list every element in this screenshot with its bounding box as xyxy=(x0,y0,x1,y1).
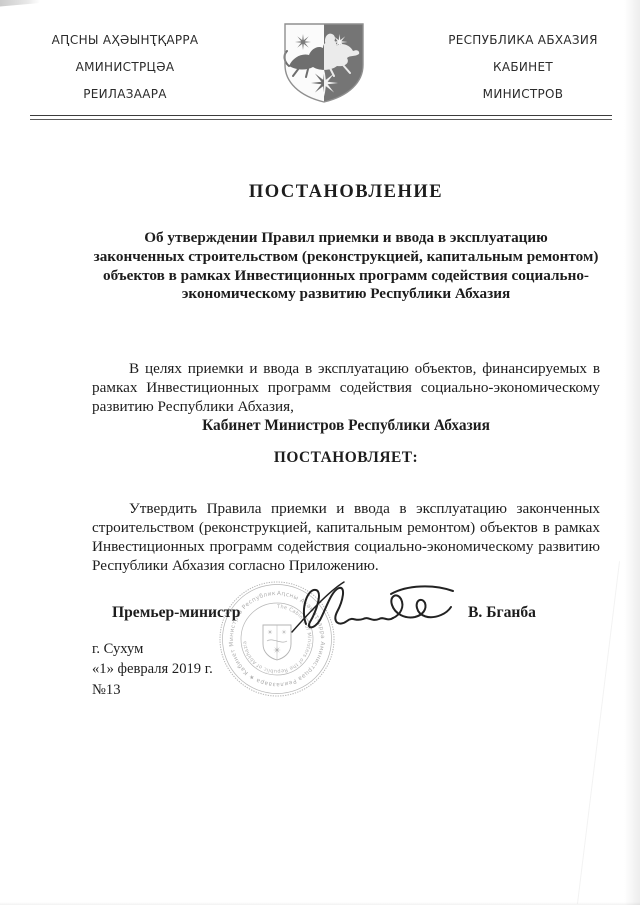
stamp-center-emblem-icon xyxy=(263,625,291,660)
resolution-paragraph: Утвердить Правила приемки и ввода в эксп… xyxy=(92,499,600,575)
signer-name: В. Бганба xyxy=(468,604,536,622)
paper-crease-artifact xyxy=(577,561,620,904)
preamble-paragraph: В целях приемки и ввода в эксплуатацию о… xyxy=(92,359,600,416)
document-subject: Об утверждении Правил приемки и ввода в … xyxy=(92,229,600,304)
decree-document-page: АԤСНЫ АҲӘЫНҬҚАРРА АМИНИСТРЦӘА РЕИЛАЗААРА xyxy=(0,0,640,905)
letterhead-abkhaz: АԤСНЫ АҲӘЫНҬҚАРРА АМИНИСТРЦӘА РЕИЛАЗААРА xyxy=(33,27,217,108)
letterhead-russian-line: КАБИНЕТ xyxy=(425,54,621,81)
letterhead-abkhaz-line: АԤСНЫ АҲӘЫНҬҚАРРА xyxy=(33,27,217,54)
letterhead-russian-line: РЕСПУБЛИКА АБХАЗИЯ xyxy=(425,27,621,54)
handwritten-signature xyxy=(288,578,466,634)
subject-line: объектов в рамках Инвестиционных програм… xyxy=(103,267,589,286)
letterhead-divider-rule xyxy=(30,115,612,120)
letterhead-russian-line: МИНИСТРОВ xyxy=(425,81,621,108)
footer-number: №13 xyxy=(92,680,213,700)
scan-corner-artifact xyxy=(0,0,40,7)
subject-line: экономическому развитию Республики Абхаз… xyxy=(182,285,510,304)
footer-city: г. Сухум xyxy=(92,639,213,659)
letterhead-abkhaz-line: АМИНИСТРЦӘА xyxy=(33,54,217,81)
scan-edge-shadow xyxy=(624,0,640,905)
signer-position-label: Премьер-министр xyxy=(112,604,240,622)
subject-line: Об утверждении Правил приемки и ввода в … xyxy=(144,229,548,248)
document-footer: г. Сухум «1» февраля 2019 г. №13 xyxy=(92,639,213,700)
abkhazia-coat-of-arms-icon xyxy=(279,20,369,106)
document-title: ПОСТАНОВЛЕНИЕ xyxy=(92,182,600,203)
footer-date: «1» февраля 2019 г. xyxy=(92,659,213,679)
letterhead-abkhaz-line: РЕИЛАЗААРА xyxy=(33,81,217,108)
resolves-line: ПОСТАНОВЛЯЕТ: xyxy=(92,449,600,467)
authority-line: Кабинет Министров Республики Абхазия xyxy=(92,417,600,435)
letterhead-russian: РЕСПУБЛИКА АБХАЗИЯ КАБИНЕТ МИНИСТРОВ xyxy=(425,27,621,108)
subject-line: законченных строительством (реконструкци… xyxy=(94,248,599,267)
